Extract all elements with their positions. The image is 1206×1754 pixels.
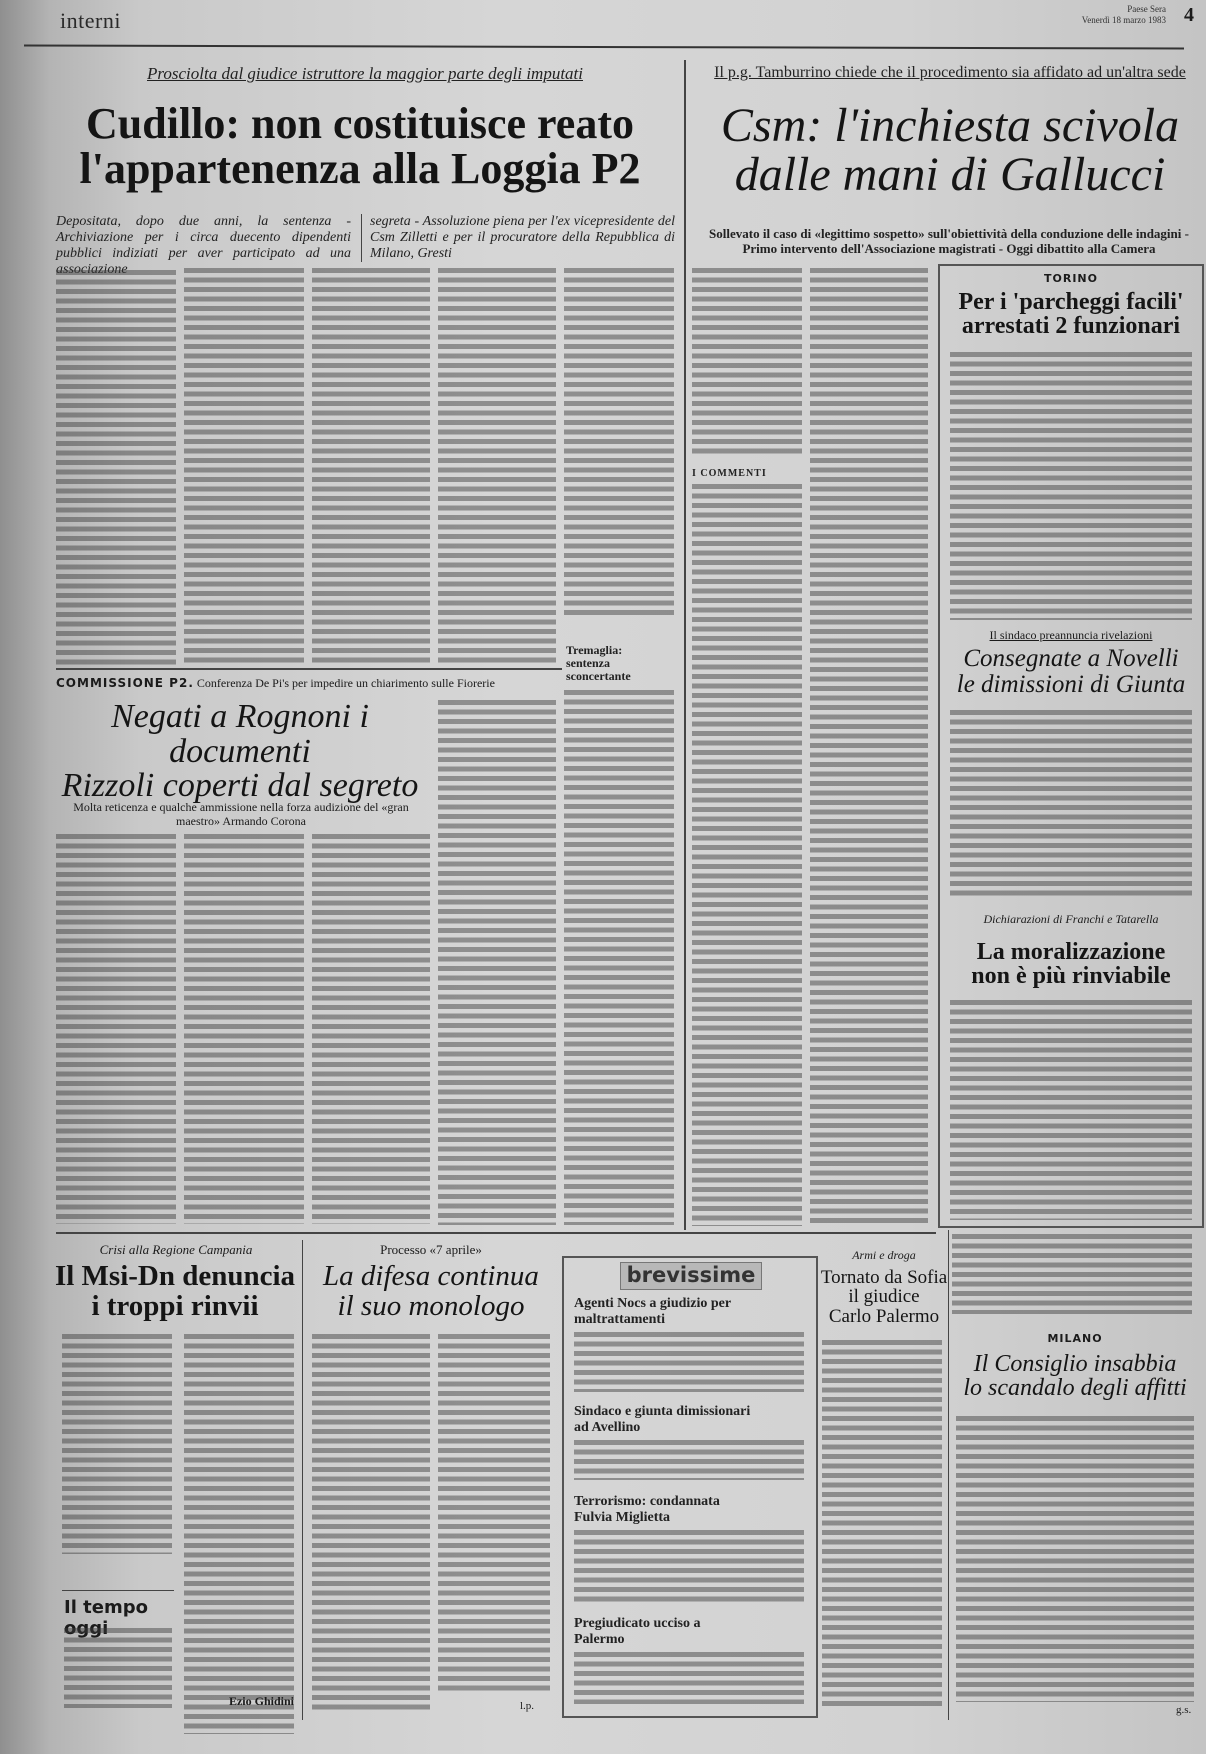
rognoni-label: COMMISSIONE P2. <box>56 676 194 690</box>
center-column-divider <box>684 60 686 1230</box>
cudillo-body-col-5b <box>564 690 674 1225</box>
aprile-headline: La difesa continua il suo monologo <box>306 1262 556 1321</box>
aprile-body-col-2 <box>438 1334 550 1694</box>
top-divider <box>24 44 1184 49</box>
cudillo-body-col-5 <box>564 268 674 618</box>
cudillo-body-col-4 <box>438 268 556 665</box>
csm-body-col-1b <box>692 484 802 1226</box>
cudillo-body-col-3 <box>312 268 430 665</box>
csm-body-col-1 <box>692 268 802 458</box>
milano-body <box>956 1416 1194 1702</box>
aprile-body-col-1 <box>312 1334 430 1714</box>
brevissime-item-title: Sindaco e giunta dimissionari ad Avellin… <box>574 1404 754 1436</box>
rognoni-body-col-3 <box>312 834 430 1224</box>
bottom-divider-2 <box>948 1230 949 1720</box>
brevissime-item-title: Terrorismo: condannata Fulvia Miglietta <box>574 1494 754 1526</box>
paper-name: Paese Sera <box>1082 4 1166 15</box>
aprile-kicker: Processo «7 aprile» <box>306 1242 556 1258</box>
novelli-headline: Consegnate a Novelli le dimissioni di Gi… <box>940 646 1202 697</box>
bottom-divider-1 <box>302 1240 303 1720</box>
campania-kicker: Crisi alla Regione Campania <box>56 1242 296 1258</box>
novelli-kicker: Il sindaco preannuncia rivelazioni <box>940 628 1202 643</box>
milano-signature: g.s. <box>1176 1704 1191 1716</box>
milano-label: MILANO <box>950 1332 1200 1345</box>
csm-headline: Csm: l'inchiesta scivola dalle mani di G… <box>694 102 1206 200</box>
bottom-section-rule <box>56 1232 936 1234</box>
brevissime-item-body <box>574 1530 804 1606</box>
rognoni-body-col-4 <box>438 700 556 1225</box>
moralizzazione-body <box>950 1000 1192 1220</box>
summary-divider <box>361 214 362 262</box>
campania-body-col-1 <box>62 1334 172 1554</box>
tempo-rule <box>62 1590 174 1591</box>
cudillo-kicker: Prosciolta dal giudice istruttore la mag… <box>120 64 610 84</box>
torino-headline: Per i 'parcheggi facili' arrestati 2 fun… <box>940 290 1202 339</box>
brevissime-item-title: Pregiudicato ucciso a Palermo <box>574 1616 754 1648</box>
cudillo-headline: Cudillo: non costituisce reato l'apparte… <box>50 102 670 192</box>
campania-headline: Il Msi-Dn denuncia i troppi rinvii <box>50 1262 300 1321</box>
tremaglia-subhead: Tremaglia: sentenza sconcertante <box>566 644 666 683</box>
brevissime-item-body <box>574 1652 804 1704</box>
csm-body-col-2 <box>810 268 928 1226</box>
cudillo-body-col-2 <box>184 268 304 665</box>
moralizzazione-headline: La moralizzazione non è più rinviabile <box>940 940 1202 989</box>
brevissime-item-body <box>574 1332 804 1392</box>
rognoni-top-rule <box>56 668 562 670</box>
brevissime-item-title: Agenti Nocs a giudizio per maltrattament… <box>574 1296 754 1328</box>
rognoni-headline: Negati a Rognoni i documenti Rizzoli cop… <box>50 700 430 804</box>
masthead-info: Paese Sera Venerdì 18 marzo 1983 <box>1082 4 1166 26</box>
palermo-headline: Tornato da Sofia il giudice Carlo Palerm… <box>820 1268 948 1326</box>
page-number: 4 <box>1184 4 1194 27</box>
csm-summary: Sollevato il caso di «legittimo sospetto… <box>692 226 1206 256</box>
campania-body-col-2 <box>184 1334 294 1734</box>
moralizzazione-kicker: Dichiarazioni di Franchi e Tatarella <box>940 912 1202 927</box>
rognoni-kicker-line: COMMISSIONE P2. Conferenza De Pi's per i… <box>56 676 562 691</box>
brevissime-item-body <box>574 1440 804 1480</box>
torino-label: TORINO <box>940 272 1202 285</box>
csm-kicker: Il p.g. Tamburrino chiede che il procedi… <box>694 64 1206 82</box>
moralizzazione-body-continued <box>952 1234 1192 1314</box>
milano-headline: Il Consiglio insabbia lo scandalo degli … <box>950 1352 1200 1401</box>
palermo-body <box>822 1340 942 1710</box>
rognoni-kicker: Conferenza De Pi's per impedire un chiar… <box>197 676 495 690</box>
brevissime-banner: brevissime <box>620 1262 762 1290</box>
rognoni-body-col-1 <box>56 834 176 1224</box>
weather-body <box>64 1628 172 1708</box>
issue-date: Venerdì 18 marzo 1983 <box>1082 15 1166 26</box>
cudillo-body-col-1 <box>56 270 176 665</box>
aprile-signature: l.p. <box>520 1700 534 1712</box>
rognoni-body-col-2 <box>184 834 304 1224</box>
weather-byline: Ezio Ghidini <box>184 1694 294 1709</box>
section-name: interni <box>60 8 121 34</box>
cudillo-summary-right: segreta - Assoluzione piena per l'ex vic… <box>370 214 675 262</box>
csm-comments-subhead: I COMMENTI <box>692 466 802 482</box>
torino-body <box>950 352 1192 620</box>
palermo-kicker: Armi e droga <box>820 1248 948 1263</box>
rognoni-summary: Molta reticenza e qualche ammissione nel… <box>56 800 426 828</box>
novelli-body <box>950 710 1192 900</box>
